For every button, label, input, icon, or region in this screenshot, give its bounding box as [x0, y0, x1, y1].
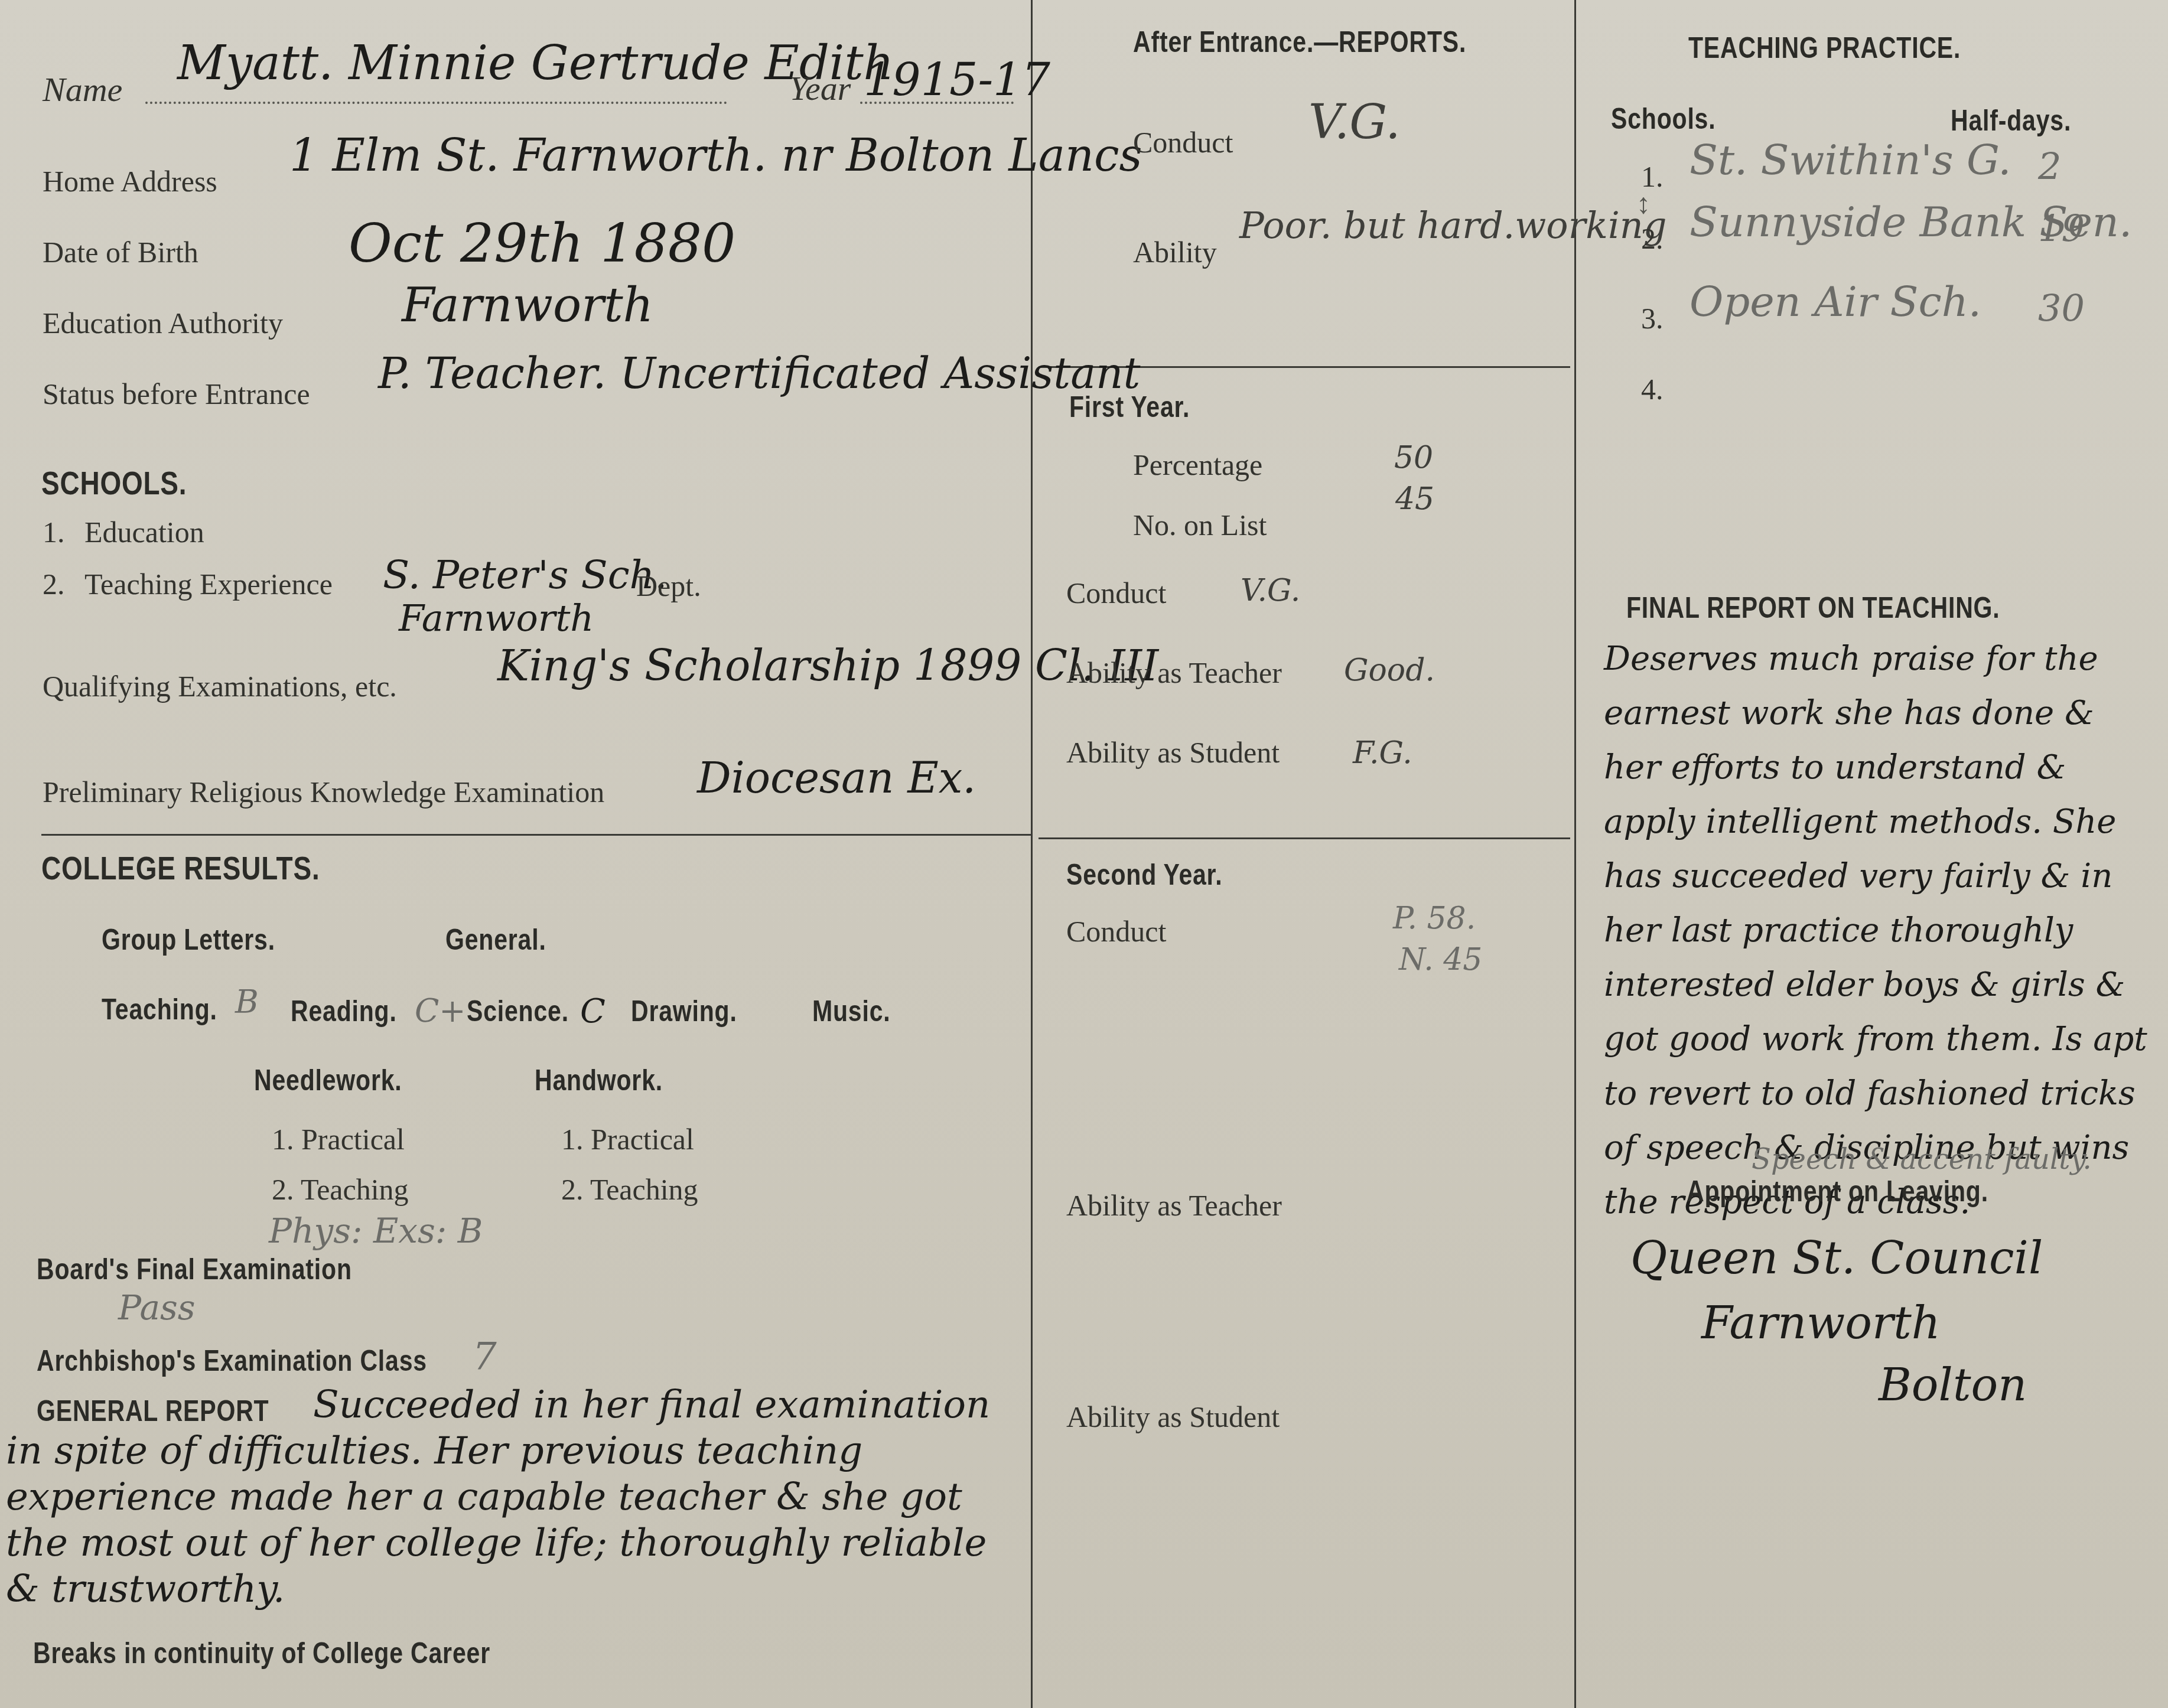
halfdays-col-label: Half-days. — [1951, 103, 2071, 138]
reading-grade-value: C+ — [415, 992, 466, 1029]
fy-conduct-label: Conduct — [1066, 576, 1166, 610]
science-grade-value: C — [580, 992, 606, 1031]
practice-row-halfdays: 30 — [2038, 286, 2085, 330]
practice-row-number: 2. — [1641, 221, 1664, 256]
year-value: 1915-17 — [864, 53, 1050, 106]
appointment-line-1: Queen St. Council — [1630, 1231, 2043, 1284]
after-entrance-heading: After Entrance.—REPORTS. — [1133, 25, 1466, 59]
sy-conduct-label: Conduct — [1066, 914, 1166, 948]
middle-rule-2 — [1039, 837, 1570, 839]
fy-student-value: F.G. — [1353, 735, 1412, 771]
schools-item2-num: 2. — [43, 567, 65, 601]
education-authority-value: Farnworth — [402, 278, 653, 333]
teaching-experience-value-1: S. Peter's Sch. — [383, 552, 667, 598]
teaching-experience-value-2: Farnworth — [399, 597, 594, 640]
dept-label: Dept. — [636, 569, 701, 603]
qualifying-label: Qualifying Examinations, etc. — [43, 669, 397, 703]
final-report-text: Deserves much praise for the earnest wor… — [1604, 632, 2159, 1230]
teaching-grade-value: B — [235, 983, 259, 1021]
practice-row-halfdays: 19 — [2038, 207, 2085, 250]
schools-item1-label: Education — [84, 515, 204, 549]
sy-p-value: P. 58. — [1393, 901, 1476, 936]
name-dotted-line — [145, 102, 727, 104]
column-divider-left — [1031, 0, 1033, 1708]
practice-row-halfdays: 2 — [2038, 145, 2061, 188]
boards-final-value: Pass — [118, 1287, 196, 1328]
general-label: General. — [445, 923, 546, 957]
college-results-heading: COLLEGE RESULTS. — [41, 849, 320, 887]
no-on-list-value: 45 — [1395, 481, 1434, 517]
final-report-heading: FINAL REPORT ON TEACHING. — [1626, 591, 2000, 625]
sy-teacher-label: Ability as Teacher — [1066, 1188, 1282, 1223]
handwork-label: Handwork. — [535, 1063, 663, 1097]
record-card: Name Myatt. Minnie Gertrude Edith Year 1… — [0, 0, 2168, 1708]
phys-exs-note: Phys: Exs: B — [269, 1211, 483, 1251]
practice-row-number: 3. — [1641, 301, 1664, 335]
percentage-label: Percentage — [1133, 448, 1262, 482]
schools-col-label: Schools. — [1611, 102, 1715, 136]
schools-heading: SCHOOLS. — [41, 464, 187, 502]
appointment-line-3: Bolton — [1879, 1358, 2027, 1411]
dob-value: Oct 29th 1880 — [349, 213, 735, 275]
column-divider-right — [1574, 0, 1576, 1708]
qualifying-value: King's Scholarship 1899 Cl. III — [497, 641, 1158, 690]
boards-final-label: Board's Final Examination — [37, 1252, 352, 1286]
science-grade-label: Science. — [467, 994, 569, 1028]
conduct-value: V.G. — [1308, 94, 1401, 149]
fy-student-label: Ability as Student — [1066, 735, 1280, 770]
status-label: Status before Entrance — [43, 377, 310, 411]
needlework-label: Needlework. — [254, 1063, 402, 1097]
prelim-label: Preliminary Religious Knowledge Examinat… — [43, 775, 604, 809]
breaks-label: Breaks in continuity of College Career — [33, 1636, 490, 1670]
home-address-label: Home Address — [43, 164, 217, 198]
conduct-label: Conduct — [1133, 125, 1233, 159]
group-letters-label: Group Letters. — [102, 923, 275, 957]
music-label: Music. — [812, 994, 891, 1028]
general-report-text: Succeeded in her final examination in sp… — [6, 1382, 1022, 1612]
home-address-value: 1 Elm St. Farnworth. nr Bolton Lancs — [289, 129, 1142, 181]
fy-conduct-value: V.G. — [1241, 573, 1300, 608]
no-on-list-label: No. on List — [1133, 508, 1267, 542]
fy-teacher-label: Ability as Teacher — [1066, 656, 1282, 690]
archbishop-label: Archbishop's Examination Class — [37, 1344, 427, 1378]
education-authority-label: Education Authority — [43, 306, 283, 340]
name-label: Name — [43, 70, 122, 109]
appointment-label: Appointment on Leaving. — [1687, 1174, 1988, 1208]
teaching-practice-heading: TEACHING PRACTICE. — [1688, 31, 1961, 65]
final-report-margin-note: Speech & accent faulty. — [1752, 1143, 2092, 1176]
left-section-rule — [41, 834, 1031, 836]
prelim-value: Diocesan Ex. — [697, 753, 976, 803]
percentage-value: 50 — [1394, 440, 1433, 475]
practice-row-school: Open Air Sch. — [1690, 278, 1981, 326]
reading-grade-label: Reading. — [291, 994, 397, 1028]
drawing-label: Drawing. — [631, 994, 737, 1028]
swap-arrow-icon: ↕ — [1636, 188, 1651, 220]
status-value: P. Teacher. Uncertificated Assistant — [378, 348, 1140, 398]
handwork-practical: 1. Practical — [561, 1122, 694, 1156]
name-value: Myatt. Minnie Gertrude Edith — [177, 35, 894, 90]
second-year-heading: Second Year. — [1066, 858, 1222, 892]
needlework-teaching: 2. Teaching — [272, 1172, 409, 1207]
schools-item1-num: 1. — [43, 515, 65, 549]
schools-item2-label: Teaching Experience — [84, 567, 333, 601]
handwork-teaching: 2. Teaching — [561, 1172, 698, 1207]
appointment-line-2: Farnworth — [1701, 1296, 1941, 1349]
fy-teacher-value: Good. — [1344, 653, 1435, 688]
needlework-practical: 1. Practical — [272, 1122, 405, 1156]
archbishop-value: 7 — [473, 1335, 497, 1378]
year-label: Year — [789, 69, 851, 108]
sy-student-label: Ability as Student — [1066, 1400, 1280, 1434]
sy-n-value: N. 45 — [1399, 942, 1482, 977]
dob-label: Date of Birth — [43, 235, 198, 269]
teaching-grade-label: Teaching. — [102, 992, 217, 1026]
first-year-heading: First Year. — [1069, 390, 1190, 424]
practice-row-school: St. Swithin's G. — [1690, 136, 2011, 184]
ability-label: Ability — [1133, 235, 1217, 269]
ability-value: Poor. but hard.working — [1239, 204, 1666, 247]
practice-row-number: 4. — [1641, 372, 1664, 406]
